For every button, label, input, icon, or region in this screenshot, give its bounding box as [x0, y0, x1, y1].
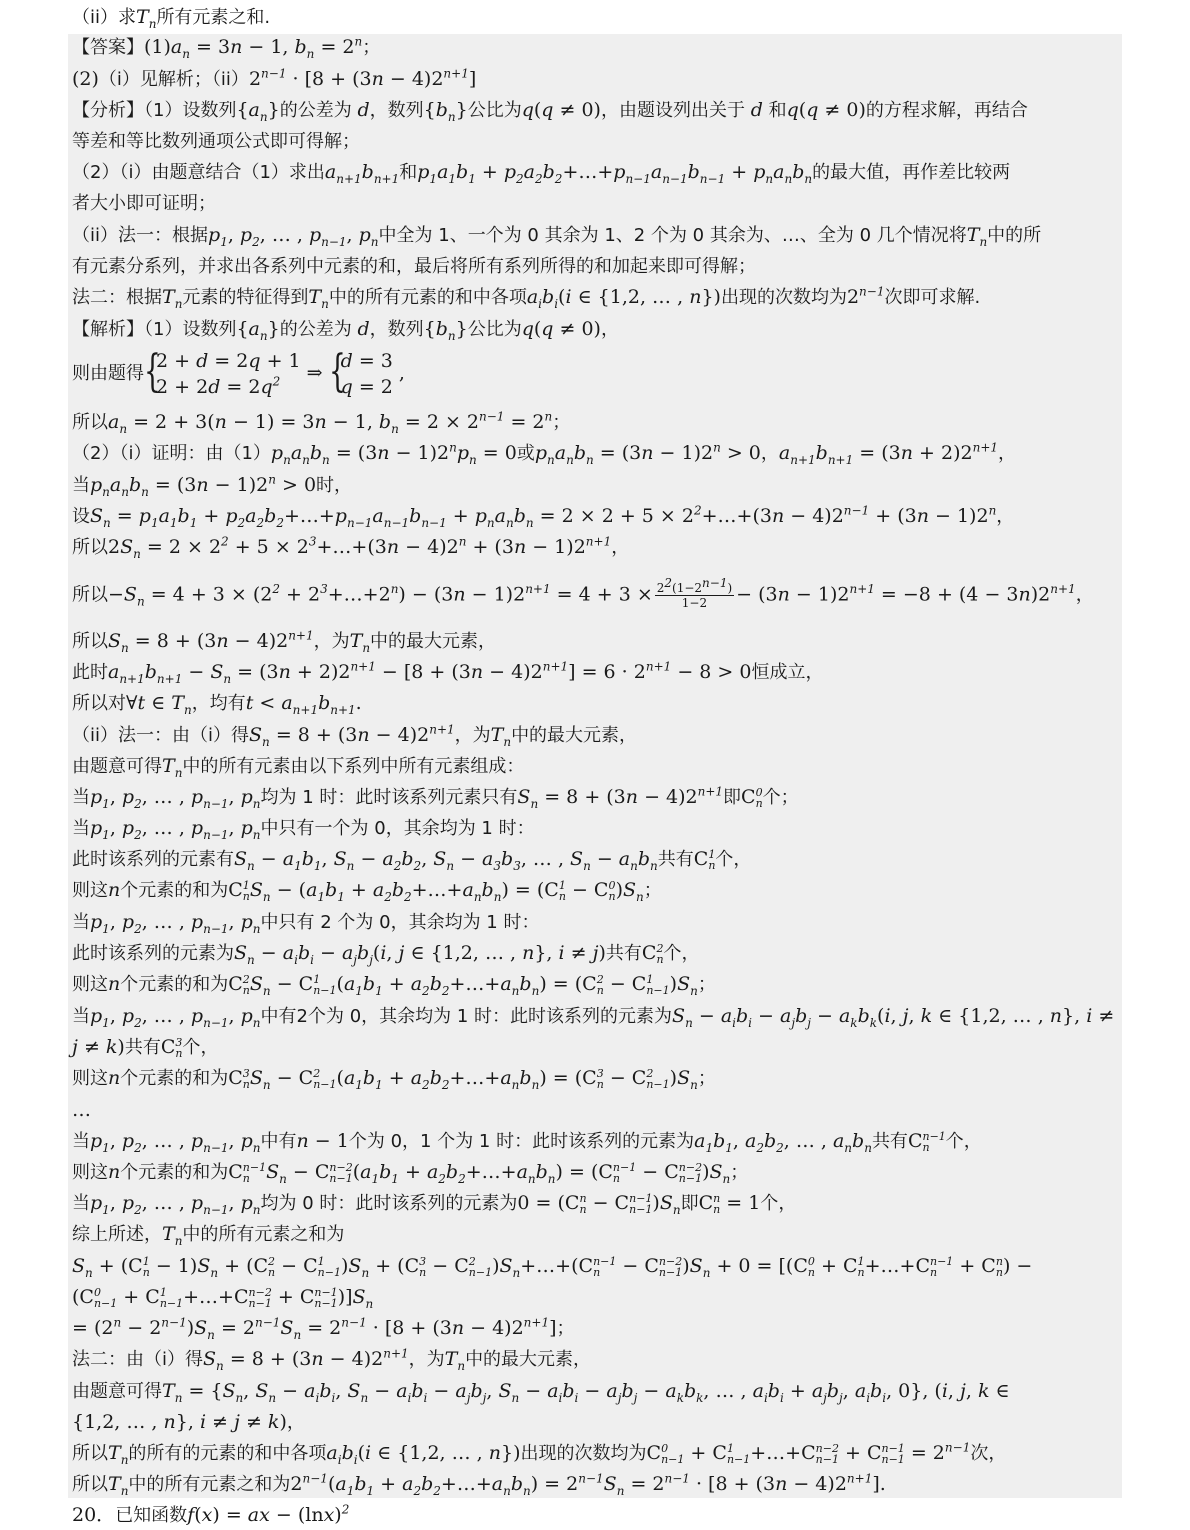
solution-line: 【答案】(1)an = 3n − 1, bn = 2n；	[72, 34, 380, 61]
solution-line: j ≠ k)共有C3n个，	[72, 1034, 218, 1061]
solution-line: 由题意可得Tn中的所有元素由以下系列中所有元素组成：	[72, 753, 524, 780]
solution-line: 此时该系列的元素为Sn − aibi − ajbj(i, j ∈ {1,2, ……	[72, 940, 700, 967]
solution-line: 法二：由（i）得Sn = 8 + (3n − 4)2n+1，为Tn中的最大元素，	[72, 1346, 591, 1373]
solution-line: Sn + (C1n − 1)Sn + (C2n − C1n−1)Sn + (C3…	[72, 1253, 1032, 1279]
solution-line: 则这n个元素的和为Cn−1nSn − Cn−2n−1(a1b1 + a2b2+……	[72, 1159, 748, 1186]
solution-line: 所以Tn的所有的元素的和中各项aibi(i ∈ {1,2, … , n})出现的…	[72, 1440, 1006, 1467]
solution-line: 所以对∀t ∈ Tn，均有t < an+1bn+1.	[72, 690, 362, 717]
solution-line: （2）（i）由题意结合（1）求出an+1bn+1和p1a1b1 + p2a2b2…	[72, 159, 1010, 186]
solution-line: 当pnanbn = (3n − 1)2n > 0时，	[72, 472, 352, 499]
solution-line: 当p1, p2, … , pn−1, pn中有n − 1个为 0，1 个为 1 …	[72, 1128, 982, 1155]
solution-line: 则由题得2 + d = 2q + 1 2 + 2d = 2q2 ⇒ d = 3q…	[72, 348, 405, 400]
solution-line: 所以Tn中的所有元素之和为2n−1(a1b1 + a2b2+…+anbn) = …	[72, 1471, 886, 1498]
solution-line: (C0n−1 + C1n−1+…+Cn−2n−1 + Cn−1n−1)]Sn	[72, 1284, 373, 1310]
solution-line: 当p1, p2, … , pn−1, pn中只有一个为 0，其余均为 1 时：	[72, 815, 535, 842]
solution-line: 由题意可得Tn = {Sn, Sn − aibi, Sn − aibi − aj…	[72, 1378, 1010, 1405]
solution-line: 此时该系列的元素有Sn − a1b1, Sn − a2b2, Sn − a3b3…	[72, 846, 751, 873]
next-question: 20．已知函数f(x) = ax − (lnx)2	[72, 1502, 349, 1529]
solution-line: 所以−Sn = 4 + 3 × (22 + 23+…+2n) − (3n − 1…	[72, 581, 1094, 610]
solution-line: 【解析】（1）设数列{an}的公差为 d，数列{bn}公比为q(q ≠ 0)，	[72, 316, 619, 343]
solution-line: 当p1, p2, … , pn−1, pn中只有 2 个为 0，其余均为 1 时…	[72, 909, 539, 936]
solution-line: 综上所述，Tn中的所有元素之和为	[72, 1221, 344, 1248]
solution-line: 当p1, p2, … , pn−1, pn均为 1 时：此时该系列元素只有Sn …	[72, 784, 799, 811]
solution-line: 设Sn = p1a1b1 + p2a2b2+…+pn−1an−1bn−1 + p…	[72, 503, 1014, 530]
solution-line: 所以2Sn = 2 × 22 + 5 × 23+…+(3n − 4)2n + (…	[72, 534, 629, 561]
question-prompt: （ii）求Tn所有元素之和.	[72, 4, 270, 31]
solution-line: 所以an = 2 + 3(n − 1) = 3n − 1, bn = 2 × 2…	[72, 409, 570, 436]
solution-line: {1,2, … , n}, i ≠ j ≠ k)，	[72, 1409, 305, 1436]
solution-line: （2）（i）证明：由（1）pnanbn = (3n − 1)2npn = 0或p…	[72, 440, 1016, 467]
solution-line: 当p1, p2, … , pn−1, pn中有2个为 0，其余均为 1 时：此时…	[72, 1003, 1114, 1030]
solution-line: 所以Sn = 8 + (3n − 4)2n+1，为Tn中的最大元素，	[72, 628, 496, 655]
solution-line: 法二：根据Tn元素的特征得到Tn中的所有元素的和中各项aibi(i ∈ {1,2…	[72, 284, 980, 311]
solution-line: 【分析】（1）设数列{an}的公差为 d，数列{bn}公比为q(q ≠ 0)，由…	[72, 97, 1028, 124]
solution-line: (2)（i）见解析；（ii）2n−1 · [8 + (3n − 4)2n+1]	[72, 66, 476, 93]
solution-line: 者大小即可证明；	[72, 190, 216, 217]
solution-line: = (2n − 2n−1)Sn = 2n−1Sn = 2n−1 · [8 + (…	[72, 1315, 575, 1342]
solution-line: …	[72, 1097, 91, 1123]
solution-line: 有元素分系列，并求出各系列中元素的和，最后将所有系列所得的和加起来即可得解；	[72, 253, 756, 280]
solution-line: 等差和等比数列通项公式即可得解；	[72, 128, 360, 155]
solution-line: 当p1, p2, … , pn−1, pn均为 0 时：此时该系列的元素为0 =…	[72, 1190, 796, 1217]
solution-line: （ii）法一：根据p1, p2, … , pn−1, pn中全为 1、一个为 0…	[72, 222, 1041, 249]
solution-line: 则这n个元素的和为C1nSn − (a1b1 + a2b2+…+anbn) = …	[72, 877, 662, 904]
solution-line: （ii）法一：由（i）得Sn = 8 + (3n − 4)2n+1，为Tn中的最…	[72, 722, 637, 749]
solution-line: 则这n个元素的和为C2nSn − C1n−1(a1b1 + a2b2+…+anb…	[72, 971, 716, 998]
solution-line: 此时an+1bn+1 − Sn = (3n + 2)2n+1 − [8 + (3…	[72, 659, 823, 686]
solution-line: 则这n个元素的和为C3nSn − C2n−1(a1b1 + a2b2+…+anb…	[72, 1065, 716, 1092]
